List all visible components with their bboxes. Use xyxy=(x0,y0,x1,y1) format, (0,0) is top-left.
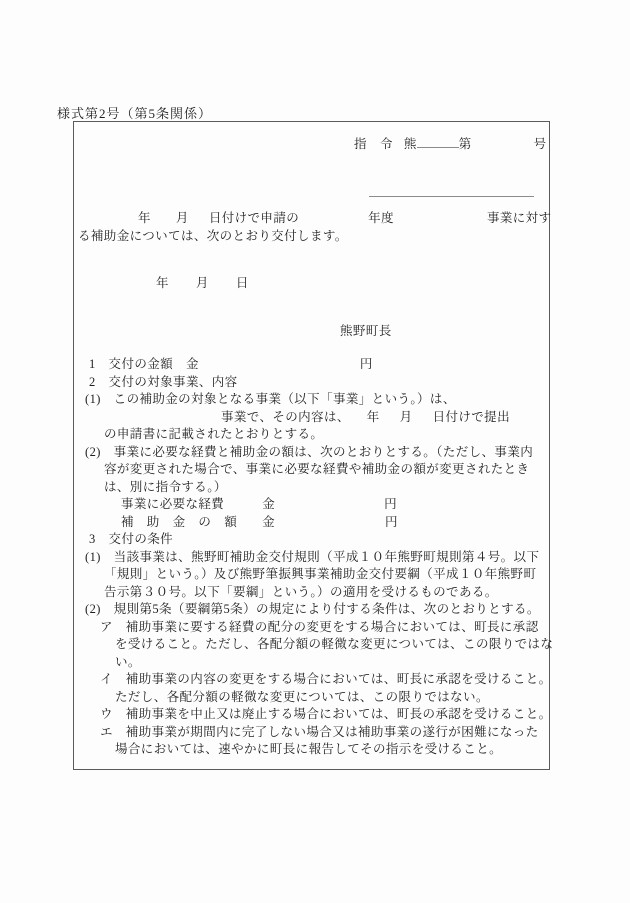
text-segment: 月 xyxy=(400,410,413,424)
item-3-heading: 3 交付の条件 xyxy=(89,532,173,547)
spacer xyxy=(380,420,400,421)
text-segment: 3 交付の条件 xyxy=(89,532,173,546)
item-2-2-line-2: 容が変更された場合で、事業に必要な経費や補助金の額が変更されたとき xyxy=(104,462,529,477)
text-segment: る補助金については、次のとおり交付します。 xyxy=(78,229,348,243)
item-2-1-line-3: の申請書に記載されたとおりとする。 xyxy=(104,427,323,442)
condition-a-line-3: い。 xyxy=(115,655,141,670)
text-segment: (1) 当該事業は、熊野町補助金交付規則（平成１０年熊野町規則第４号。以下 xyxy=(85,550,539,564)
text-segment: 補 助 金 の 額 xyxy=(121,515,237,529)
item-3-1-line-2: 「規則」という。）及び熊野筆振興事業補助金交付要綱（平成１０年熊野町 xyxy=(104,567,536,582)
text-segment: 年度 xyxy=(368,211,394,225)
spacer xyxy=(169,286,196,287)
text-segment: ウ 補助事業を中止又は廃止する場合においては、町長の承認を受けること。 xyxy=(100,707,552,721)
text-segment: 場合においては、速やかに町長に報告してその指示を受けること。 xyxy=(115,742,502,756)
date-line: 年月日 xyxy=(156,276,249,291)
spacer xyxy=(275,507,384,508)
text-segment: 令 xyxy=(380,137,393,151)
spacer xyxy=(413,420,433,421)
text-segment: 円 xyxy=(384,497,397,511)
item-2-2-line-3: は、別に指令する。） xyxy=(104,480,227,495)
condition-b-line-1: イ 補助事業の内容の変更をする場合においては、町長に承認を受けること。 xyxy=(100,672,552,687)
text-segment: 容が変更された場合で、事業に必要な経費や補助金の額が変更されたとき xyxy=(104,462,529,476)
text-segment: 年 xyxy=(138,211,151,225)
text-segment: 事業に対す xyxy=(487,211,552,225)
item-3-1-line-1: (1) 当該事業は、熊野町補助金交付規則（平成１０年熊野町規則第４号。以下 xyxy=(85,550,539,565)
item-3-2-line-1: (2) 規則第5条（要綱第5条）の規定により付する条件は、次のとおりとする。 xyxy=(85,602,540,617)
expense-amount-line: 事業に必要な経費金円 xyxy=(121,497,397,512)
condition-b-line-2: ただし、各配分額の軽微な変更については、この限りではない。 xyxy=(115,690,489,705)
spacer xyxy=(237,525,262,526)
text-segment: 金 xyxy=(262,515,275,529)
spacer xyxy=(299,221,368,222)
intro-line-1: 年月日付けで申請の年度事業に対す xyxy=(138,211,551,226)
text-segment: 日付けで申請の xyxy=(209,211,299,225)
directive-number-line: 指令熊第号 xyxy=(354,135,547,152)
subsidy-amount-line: 補 助 金 の 額金円 xyxy=(121,515,398,530)
condition-a-line-1: ア 補助事業に要する経費の配分の変更をする場合においては、町長に承認 xyxy=(100,620,539,635)
addressee-underline xyxy=(369,184,534,201)
text-segment: 「規則」という。）及び熊野筆振興事業補助金交付要綱（平成１０年熊野町 xyxy=(104,567,536,581)
spacer xyxy=(394,221,487,222)
text-segment: を受けること。ただし、各配分額の軽微な変更については、この限りではな xyxy=(115,637,553,651)
condition-a-line-2: を受けること。ただし、各配分額の軽微な変更については、この限りではな xyxy=(115,637,553,652)
text-segment: は、別に指令する。） xyxy=(104,480,227,494)
spacer xyxy=(189,221,209,222)
text-segment: 第 xyxy=(459,137,472,151)
text-segment: ただし、各配分額の軽微な変更については、この限りではない。 xyxy=(115,690,489,704)
spacer xyxy=(367,147,380,148)
text-segment: 1 交付の金額 金 xyxy=(89,357,199,371)
spacer xyxy=(472,147,534,148)
fill-in-blank-underline xyxy=(369,184,534,197)
text-segment: 事業に必要な経費 xyxy=(121,497,224,511)
spacer xyxy=(199,367,360,368)
text-segment: 告示第３０号。以下「要綱」という。）の適用を受けるものである。 xyxy=(104,585,498,599)
text-segment: 2 交付の対象事業、内容 xyxy=(89,375,238,389)
text-segment: い。 xyxy=(115,655,141,669)
spacer xyxy=(393,147,404,148)
text-segment: 日 xyxy=(236,276,249,290)
text-segment: ア 補助事業に要する経費の配分の変更をする場合においては、町長に承認 xyxy=(100,620,539,634)
form-box: 指令熊第号年月日付けで申請の年度事業に対する補助金については、次のとおり交付しま… xyxy=(73,121,550,770)
text-segment: 円 xyxy=(385,515,398,529)
spacer xyxy=(275,525,385,526)
condition-d-line-2: 場合においては、速やかに町長に報告してその指示を受けること。 xyxy=(115,742,502,757)
spacer xyxy=(350,420,367,421)
item-2-heading: 2 交付の対象事業、内容 xyxy=(89,375,238,390)
text-segment: 年 xyxy=(367,410,380,424)
item-2-1-line-2: 事業で、その内容は、年月日付けで提出 xyxy=(221,410,510,425)
text-segment: (1) この補助金の対象となる事業（以下「事業」という。）は、 xyxy=(85,392,456,406)
fill-in-blank-underline xyxy=(417,135,459,148)
mayor-title-line: 熊野町長 xyxy=(340,324,392,339)
item-3-1-line-3: 告示第３０号。以下「要綱」という。）の適用を受けるものである。 xyxy=(104,585,498,600)
text-segment: 円 xyxy=(360,357,373,371)
text-segment: 事業で、その内容は、 xyxy=(221,410,350,424)
document-page: 様式第2号（第5条関係） 指令熊第号年月日付けで申請の年度事業に対する補助金につ… xyxy=(0,0,630,903)
text-segment: 熊野町長 xyxy=(340,324,392,338)
text-segment: (2) 事業に必要な経費と補助金の額は、次のとおりとする。（ただし、事業内 xyxy=(85,445,533,459)
spacer xyxy=(151,221,176,222)
spacer xyxy=(224,507,262,508)
intro-line-2: る補助金については、次のとおり交付します。 xyxy=(78,229,348,244)
text-segment: 号 xyxy=(534,137,547,151)
text-segment: 指 xyxy=(354,137,367,151)
text-segment: 金 xyxy=(262,497,275,511)
condition-d-line-1: エ 補助事業が期間内に完了しない場合又は補助事業の遂行が困難になった xyxy=(100,725,539,740)
text-segment: の申請書に記載されたとおりとする。 xyxy=(104,427,323,441)
text-segment: 日付けで提出 xyxy=(433,410,510,424)
text-segment: 月 xyxy=(176,211,189,225)
item-1-grant-amount: 1 交付の金額 金円 xyxy=(89,357,373,372)
item-2-1-line-1: (1) この補助金の対象となる事業（以下「事業」という。）は、 xyxy=(85,392,456,407)
spacer xyxy=(209,286,236,287)
form-number-label: 様式第2号（第5条関係） xyxy=(57,103,212,122)
text-segment: 熊 xyxy=(404,137,417,151)
condition-c-line: ウ 補助事業を中止又は廃止する場合においては、町長の承認を受けること。 xyxy=(100,707,552,722)
text-segment: イ 補助事業の内容の変更をする場合においては、町長に承認を受けること。 xyxy=(100,672,552,686)
item-2-2-line-1: (2) 事業に必要な経費と補助金の額は、次のとおりとする。（ただし、事業内 xyxy=(85,445,533,460)
text-segment: (2) 規則第5条（要綱第5条）の規定により付する条件は、次のとおりとする。 xyxy=(85,602,540,616)
text-segment: 年 xyxy=(156,276,169,290)
text-segment: 月 xyxy=(196,276,209,290)
text-segment: エ 補助事業が期間内に完了しない場合又は補助事業の遂行が困難になった xyxy=(100,725,539,739)
